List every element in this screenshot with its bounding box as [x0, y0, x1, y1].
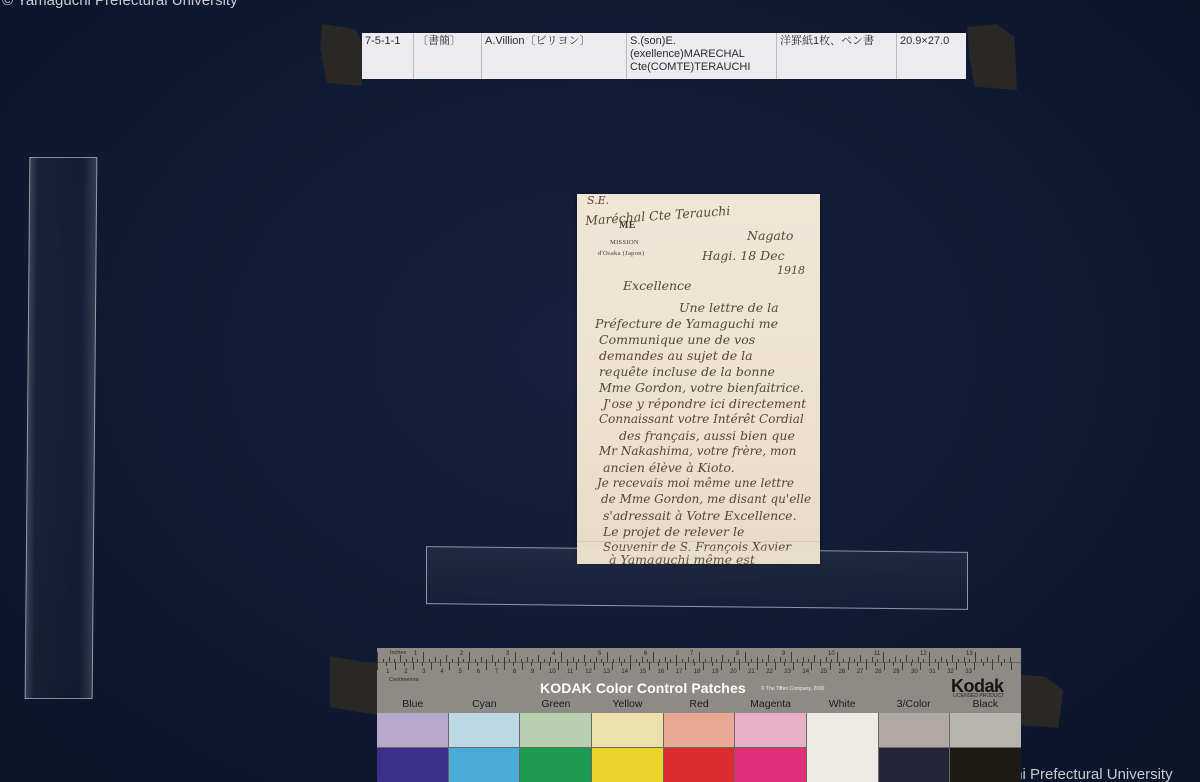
ruler-tick	[947, 662, 948, 666]
ruler-tick	[630, 655, 631, 662]
patch-label: Cyan	[449, 698, 521, 710]
ruler-tick	[712, 662, 713, 666]
ruler-cm-number: 2	[404, 669, 407, 675]
ruler-cm-number: 4	[440, 669, 443, 675]
patch-label: Blue	[377, 698, 449, 710]
handwritten-line: ancien élève à Kioto.	[603, 460, 735, 475]
catalog-recipient: S.(son)E.(exellence)MARECHAL Cte(COMTE)T…	[627, 33, 777, 79]
catalog-material: 洋罫紙1枚、ペン書	[777, 33, 897, 79]
ruler-cm-number: 6	[477, 669, 480, 675]
ruler-cm-number: 11	[567, 669, 573, 675]
ruler-tick	[531, 662, 532, 666]
patch-dark	[879, 748, 950, 782]
ruler-inch-number: 11	[874, 651, 880, 657]
ruler-tick	[549, 662, 550, 666]
patch-magenta	[735, 713, 807, 782]
patch-dark	[377, 748, 448, 782]
patch-dark	[664, 748, 735, 782]
patch-light	[807, 713, 878, 748]
ruler-tick	[974, 662, 975, 670]
ruler-cm-number: 32	[947, 669, 954, 675]
handwritten-line: Excellence	[623, 278, 691, 293]
ruler-tick	[998, 655, 999, 662]
ruler-tick	[515, 652, 516, 662]
ruler-cm-number: 7	[495, 669, 498, 675]
patch-label: Green	[520, 698, 592, 710]
ruler-tick	[703, 662, 704, 670]
ruler-tick	[1011, 662, 1012, 670]
catalog-type: 〔書簡〕	[414, 33, 482, 79]
ruler-cm-number: 22	[766, 669, 773, 675]
patch-label: Magenta	[735, 698, 807, 710]
ruler-tick	[938, 662, 939, 670]
ruler-tick	[558, 662, 559, 670]
ruler-tick	[458, 662, 459, 666]
ruler-cm-number: 14	[621, 669, 628, 675]
handwritten-line: Hagi. 18 Dec	[702, 248, 785, 263]
ruler-tick	[612, 662, 613, 670]
patch-3-color	[879, 713, 951, 782]
patch-label: White	[806, 698, 878, 710]
ruler-inch-number: 2	[460, 651, 463, 657]
ruler-inch-number: 3	[506, 651, 509, 657]
patch-dark	[807, 748, 878, 782]
handwritten-line: demandes au sujet de la	[599, 348, 753, 363]
patch-light	[950, 713, 1021, 748]
patch-label: 3/Color	[878, 698, 950, 710]
ruler-tick	[929, 662, 930, 666]
ruler-tick	[793, 662, 794, 670]
ruler-tick	[540, 662, 541, 670]
ruler-tick	[975, 652, 976, 662]
ruler-tick	[386, 662, 387, 666]
ruler-inch-number: 5	[598, 651, 601, 657]
letterhead-mission: MISSION	[610, 239, 639, 246]
handwritten-line: J'ose y répondre ici directement	[603, 396, 806, 411]
patch-light	[735, 713, 806, 748]
ruler-cm-number: 27	[857, 669, 864, 675]
ruler-tick	[956, 662, 957, 670]
ruler-cm-number: 30	[911, 669, 918, 675]
ruler-tick	[594, 662, 595, 670]
ruler-tick	[802, 662, 803, 666]
ruler-inch-number: 12	[920, 651, 927, 657]
ruler-tick	[469, 652, 470, 662]
patch-red	[664, 713, 736, 782]
ruler-tick	[567, 662, 568, 666]
catalog-author: A.Villion〔ビリヨン〕	[482, 33, 627, 79]
patch-light	[520, 713, 591, 748]
handwritten-line: Mme Gordon, votre bienfaitrice.	[599, 380, 804, 395]
ruler-tick	[911, 662, 912, 666]
ruler-tick	[477, 662, 478, 666]
ruler-tick	[830, 662, 831, 670]
ruler-tick	[748, 662, 749, 666]
ruler-tick	[607, 652, 608, 662]
patch-light	[879, 713, 950, 748]
handwritten-line: des français, aussi bien que	[619, 428, 795, 443]
ruler-tick	[839, 662, 840, 666]
ruler-tick	[423, 652, 424, 662]
ruler-tick	[857, 662, 858, 666]
ruler-tick	[757, 662, 758, 670]
ruler-tick	[486, 662, 487, 670]
ruler-tick	[685, 662, 686, 670]
watermark-top: © Yamaguchi Prefectural University	[2, 0, 238, 9]
handwritten-line: Nagato	[747, 228, 793, 243]
ruler-cm-number: 24	[802, 669, 809, 675]
ruler-tick	[902, 662, 903, 670]
catalog-dimensions: 20.9×27.0	[897, 33, 966, 79]
acrylic-bar-horizontal	[426, 546, 968, 610]
ruler-tick	[722, 655, 723, 662]
ruler-tick	[446, 655, 447, 662]
ruler-tick	[504, 662, 505, 670]
ruler-tick	[440, 662, 441, 666]
ruler-tick	[983, 662, 984, 666]
ruler-tick	[576, 662, 577, 670]
ruler-tick	[791, 652, 792, 662]
ruler-tick	[814, 655, 815, 662]
ruler-tick	[561, 652, 562, 662]
ruler-cm-number: 18	[694, 669, 701, 675]
ruler-cm-number: 28	[875, 669, 882, 675]
ruler-cm-number: 3	[422, 669, 425, 675]
patch-cyan	[449, 713, 521, 782]
patch-light	[664, 713, 735, 748]
ruler-inch-number: 13	[966, 651, 973, 657]
ruler-cm-number: 23	[784, 669, 791, 675]
ruler-cm-number: 13	[603, 669, 610, 675]
ruler-tick	[621, 662, 622, 666]
handwritten-line: s'adressait à Votre Excellence.	[603, 508, 797, 523]
patch-green	[520, 713, 592, 782]
ruler-tick	[860, 655, 861, 662]
ruler-inch-number: 1	[414, 651, 417, 657]
ruler-tick	[377, 662, 378, 670]
ruler-inch-number: 6	[644, 651, 647, 657]
handwritten-line: Je recevais moi même une lettre	[597, 476, 794, 490]
ruler-tick	[413, 662, 414, 670]
ruler-tick	[495, 662, 496, 666]
ruler-tick	[649, 662, 650, 670]
ruler-tick	[906, 655, 907, 662]
handwritten-line: S.E.	[587, 194, 609, 207]
measurement-ruler: Inches 12345678910111213 123456789101112…	[377, 648, 1021, 676]
patch-label: Red	[663, 698, 735, 710]
ruler-tick	[492, 655, 493, 662]
ruler-cm-number: 29	[893, 669, 900, 675]
chart-title: KODAK Color Control Patches	[540, 680, 746, 696]
ruler-tick	[653, 652, 654, 662]
ruler-cm-number: 25	[821, 669, 828, 675]
ruler-tick	[676, 655, 677, 662]
ruler-cm-number: 31	[929, 669, 936, 675]
ruler-centimetres: 1234567891011121314151617181920212223242…	[377, 662, 1021, 676]
ruler-tick	[400, 655, 401, 662]
ruler-tick	[768, 655, 769, 662]
handwritten-line: de Mme Gordon, me disant qu'elle	[601, 492, 811, 506]
handwritten-line: Connaissant votre Intérêt Cordial	[599, 412, 804, 426]
handwritten-line: Communique une de vos	[599, 332, 755, 347]
patch-light	[377, 713, 448, 748]
ruler-tick	[875, 662, 876, 666]
ruler-cm-number: 33	[965, 669, 972, 675]
patch-dark	[592, 748, 663, 782]
chart-copyright: © The Tiffen Company, 2000	[761, 686, 824, 692]
letterhead-osaka: d'Osaka (Japon)	[598, 250, 644, 257]
patch-light	[449, 713, 520, 748]
ruler-cm-number: 15	[640, 669, 647, 675]
ruler-cm-number: 10	[549, 669, 556, 675]
patch-dark	[950, 748, 1021, 782]
ruler-tick	[658, 662, 659, 666]
patch-dark	[449, 748, 520, 782]
patch-label: Yellow	[592, 698, 664, 710]
ruler-inch-number: 9	[782, 651, 785, 657]
ruler-inches-label: Inches	[390, 650, 406, 656]
ruler-tick	[585, 662, 586, 666]
kodak-color-chart: Inches 12345678910111213 123456789101112…	[377, 648, 1021, 782]
ruler-tick	[431, 662, 432, 670]
patch-blue	[377, 713, 449, 782]
patch-dark	[520, 748, 591, 782]
ruler-tick	[1001, 662, 1002, 666]
handwritten-line: Le projet de relever le	[603, 524, 744, 539]
ruler-tick	[775, 662, 776, 670]
ruler-cm-number: 1	[386, 669, 389, 675]
patch-label: Black	[950, 698, 1022, 710]
ruler-tick	[745, 652, 746, 662]
ruler-cm-number: 8	[513, 669, 516, 675]
letter-fold-line	[577, 541, 820, 542]
ruler-tick	[929, 652, 930, 662]
ruler-cm-number: 17	[676, 669, 683, 675]
ruler-tick	[730, 662, 731, 666]
ruler-tick	[739, 662, 740, 670]
ruler-tick	[837, 652, 838, 662]
ruler-tick	[848, 662, 849, 670]
ruler-cm-number: 16	[658, 669, 665, 675]
handwritten-line: Une lettre de la	[679, 300, 779, 315]
ruler-tick	[811, 662, 812, 670]
tape-top-left	[318, 24, 362, 86]
ruler-tick	[965, 662, 966, 666]
ruler-cm-label: Centimetres	[389, 677, 419, 683]
ruler-tick	[513, 662, 514, 666]
acrylic-bar-vertical	[25, 157, 98, 699]
ruler-tick	[667, 662, 668, 670]
ruler-tick	[866, 662, 867, 670]
ruler-tick	[603, 662, 604, 666]
ruler-cm-number: 12	[585, 669, 592, 675]
ruler-cm-number: 26	[839, 669, 846, 675]
ruler-inch-number: 8	[736, 651, 739, 657]
ruler-tick	[784, 662, 785, 666]
ruler-tick	[694, 662, 695, 666]
ruler-inch-number: 4	[552, 651, 555, 657]
ruler-tick	[893, 662, 894, 666]
ruler-tick	[584, 655, 585, 662]
patch-dark	[735, 748, 806, 782]
ruler-cm-number: 9	[531, 669, 534, 675]
patch-light	[592, 713, 663, 748]
patch-yellow	[592, 713, 664, 782]
ruler-cm-number: 21	[748, 669, 755, 675]
ruler-tick	[952, 655, 953, 662]
ruler-tick	[422, 662, 423, 666]
color-patches	[377, 713, 1021, 782]
ruler-tick	[721, 662, 722, 670]
ruler-tick	[920, 662, 921, 670]
ruler-cm-number: 5	[459, 669, 462, 675]
patch-white	[807, 713, 879, 782]
ruler-cm-number: 20	[730, 669, 737, 675]
ruler-inch-number: 7	[690, 651, 693, 657]
ruler-tick	[522, 662, 523, 670]
letter-document: ME MISSION d'Osaka (Japon) S.E. Maréchal…	[577, 194, 820, 564]
ruler-tick	[883, 652, 884, 662]
ruler-tick	[404, 662, 405, 666]
ruler-tick	[820, 662, 821, 666]
catalog-label: 7-5-1-1 〔書簡〕 A.Villion〔ビリヨン〕 S.(son)E.(e…	[362, 33, 966, 79]
patch-black	[950, 713, 1021, 782]
ruler-tick	[884, 662, 885, 670]
ruler-tick	[449, 662, 450, 670]
ruler-inches: Inches 12345678910111213	[377, 648, 1021, 663]
ruler-tick	[639, 662, 640, 666]
ruler-tick	[377, 652, 378, 662]
ruler-tick	[468, 662, 469, 670]
catalog-id: 7-5-1-1	[362, 33, 414, 79]
tape-top-right	[967, 24, 1017, 90]
ruler-tick	[992, 662, 993, 670]
handwritten-line: 1918	[777, 264, 805, 277]
patch-labels: Blue Cyan Green Yellow Red Magenta White…	[377, 698, 1021, 710]
ruler-tick	[538, 655, 539, 662]
ruler-tick	[630, 662, 631, 670]
ruler-tick	[766, 662, 767, 666]
handwritten-line: Préfecture de Yamaguchi me	[595, 316, 778, 331]
handwritten-line: requête incluse de la bonne	[599, 364, 775, 379]
handwritten-line: Mr Nakashima, votre frère, mon	[599, 444, 796, 458]
ruler-tick	[676, 662, 677, 666]
ruler-tick	[699, 652, 700, 662]
ruler-tick	[395, 662, 396, 670]
ruler-cm-number: 19	[712, 669, 719, 675]
ruler-inch-number: 10	[828, 651, 835, 657]
